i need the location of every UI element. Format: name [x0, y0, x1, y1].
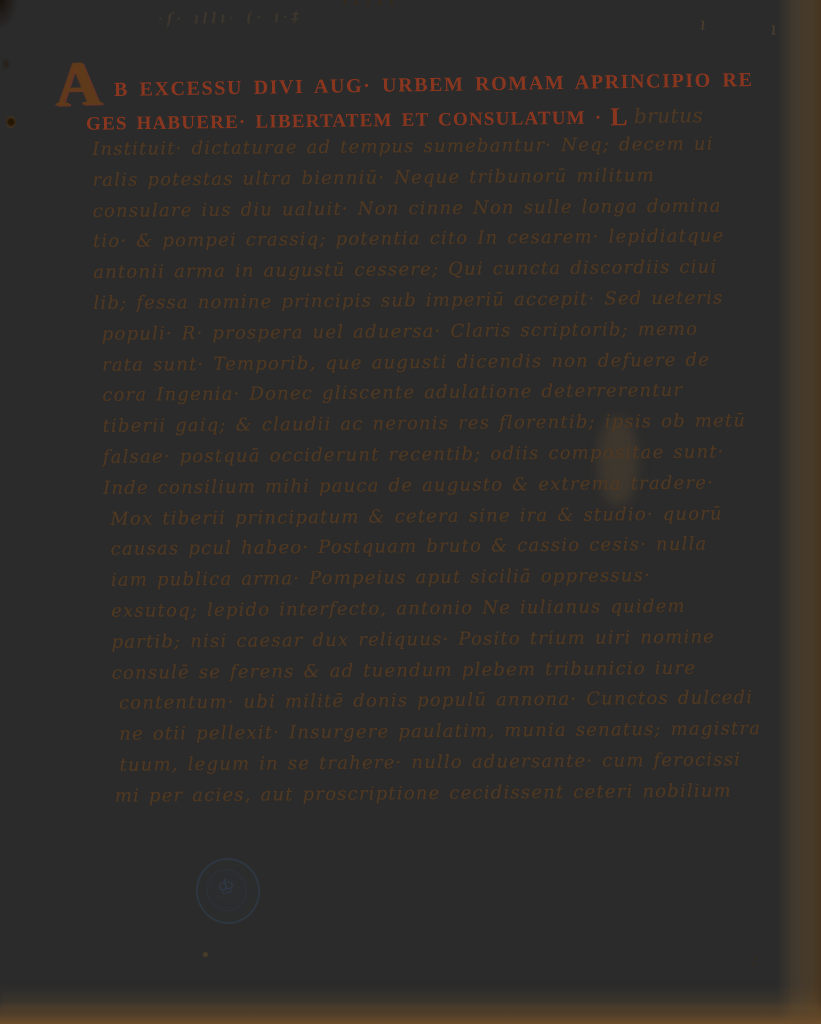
rubric-brown-word: brutus [634, 103, 704, 128]
stamp-inner-ring: ♔ [203, 866, 251, 915]
ink-speck [3, 60, 9, 68]
page-edge-bottom [0, 1002, 821, 1024]
illuminated-initial-A: A [54, 51, 102, 117]
page-edge-crease [791, 0, 793, 1024]
rubric-line-1: B EXCESSU DIVI AUG· URBEM ROMAM APRINCIP… [114, 69, 754, 102]
library-stamp: · · · · · · · ♔ · · · · · [190, 852, 266, 930]
page-edge-right [777, 0, 821, 1024]
text-line: mi per acies, aut proscriptione cecidiss… [115, 780, 778, 817]
parchment-hole [6, 116, 16, 128]
folio-number: 2 [750, 953, 758, 970]
rubric-initial-L: L [610, 102, 629, 131]
body-text-block: Instituit· dictaturae ad tempus sumebant… [92, 133, 778, 816]
ink-speck [203, 952, 208, 957]
crown-icon: ♔ [205, 871, 247, 902]
rubric-line-2: GES HABUERE· LIBERTATEM ET CONSULATUM ·L… [86, 101, 704, 139]
manuscript-page: ııııı ·ſ· ıllı· (· ı·‡ ı ı A B EXCESSU D… [0, 0, 821, 1024]
rubric-red-text: GES HABUERE· LIBERTATEM ET CONSULATUM · [86, 107, 603, 134]
stamp-text: · · · · · [200, 907, 268, 927]
faint-top-inscription: ·ſ· ıllı· (· ı·‡ [158, 6, 378, 28]
binding-shadow-corner [0, 0, 18, 30]
